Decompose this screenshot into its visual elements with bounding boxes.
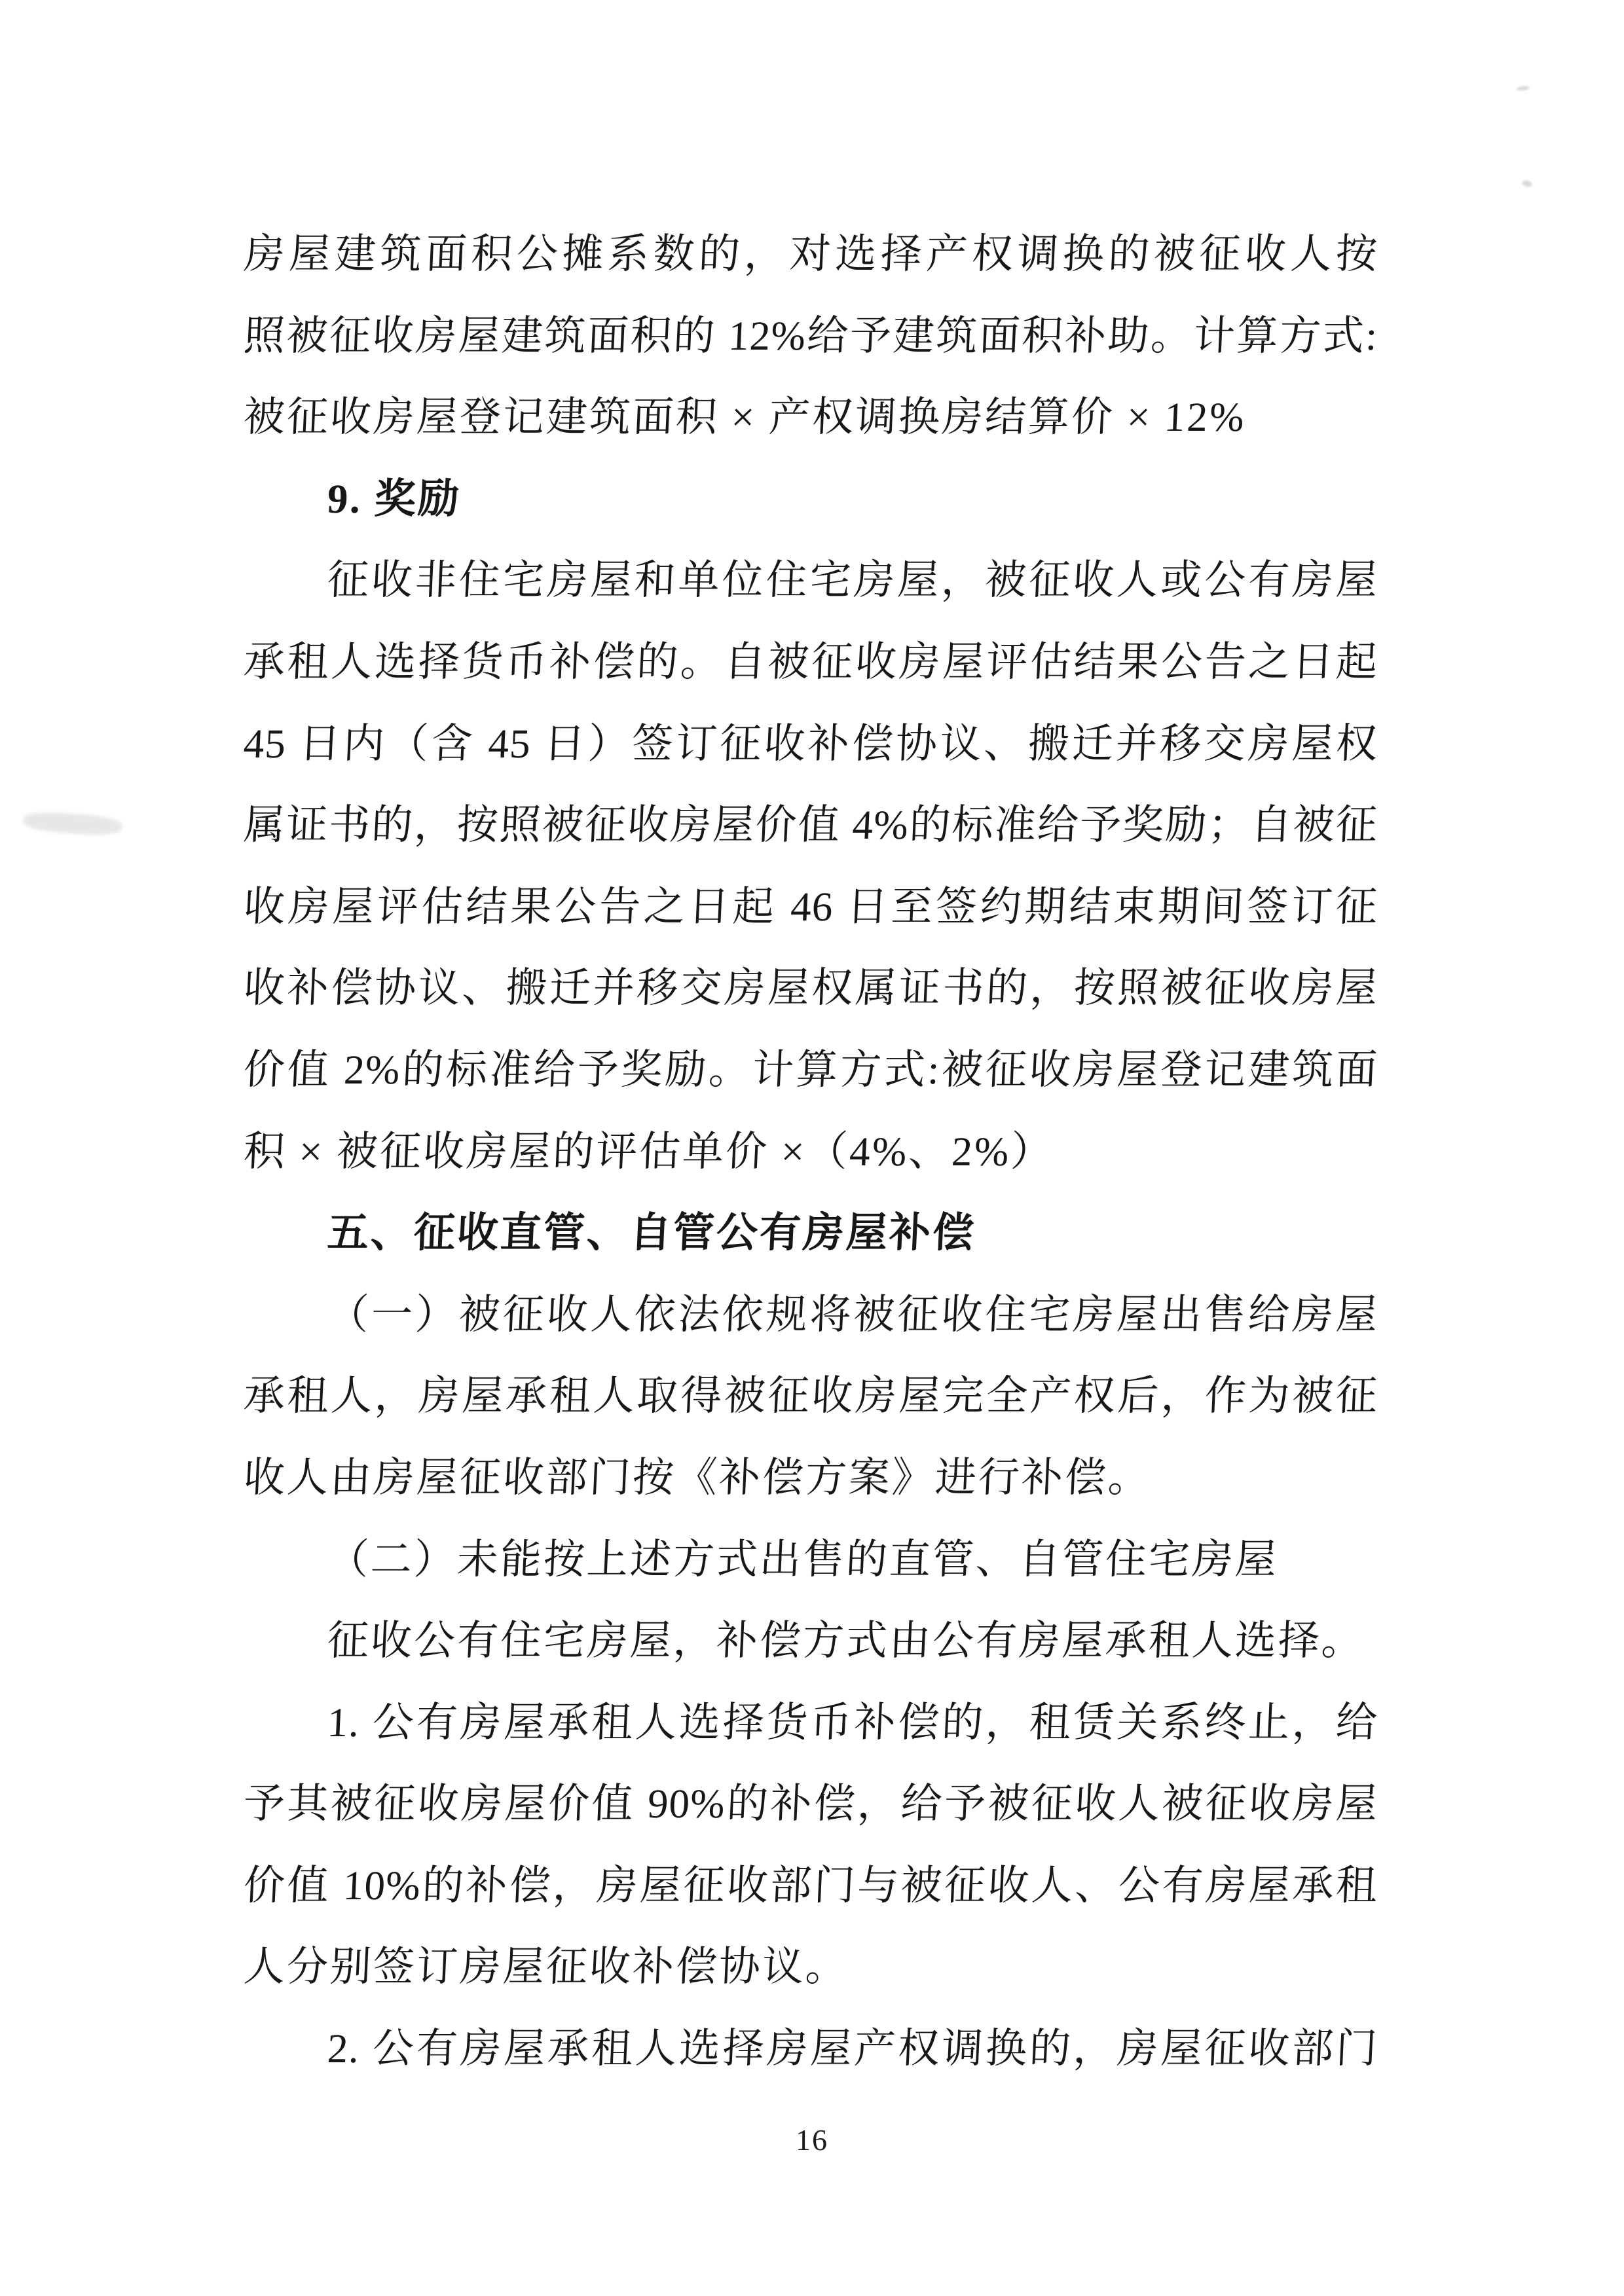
text-line: 1. 公有房屋承租人选择货币补偿的，租赁关系终止，给 xyxy=(242,1682,1380,1764)
text-line: 属证书的，按照被征收房屋价值 4%的标准给予奖励；自被征 xyxy=(242,784,1380,866)
scan-artifact xyxy=(23,811,122,837)
text-line: 价值 2%的标准给予奖励。计算方式:被征收房屋登记建筑面 xyxy=(242,1029,1380,1111)
heading-line: 9. 奖励 xyxy=(242,458,1380,540)
text-line: 承租人选择货币补偿的。自被征收房屋评估结果公告之日起 xyxy=(242,621,1380,703)
text-line: （一）被征收人依法依规将被征收住宅房屋出售给房屋 xyxy=(242,1274,1380,1356)
text-line: 被征收房屋登记建筑面积 × 产权调换房结算价 × 12% xyxy=(242,376,1380,458)
text-line: 照被征收房屋建筑面积的 12%给予建筑面积补助。计算方式: xyxy=(242,295,1380,377)
text-line: 收人由房屋征收部门按《补偿方案》进行补偿。 xyxy=(242,1437,1380,1519)
text-block: 房屋建筑面积公摊系数的，对选择产权调换的被征收人按照被征收房屋建筑面积的 12%… xyxy=(244,213,1378,2090)
text-line: 45 日内（含 45 日）签订征收补偿协议、搬迁并移交房屋权 xyxy=(242,703,1380,785)
text-line: 承租人，房屋承租人取得被征收房屋完全产权后，作为被征 xyxy=(242,1355,1380,1437)
text-line: 予其被征收房屋价值 90%的补偿，给予被征收人被征收房屋 xyxy=(242,1763,1380,1845)
scan-artifact xyxy=(1521,179,1533,188)
text-line: （二）未能按上述方式出售的直管、自管住宅房屋 xyxy=(242,1519,1380,1601)
text-line: 房屋建筑面积公摊系数的，对选择产权调换的被征收人按 xyxy=(242,213,1380,295)
text-line: 征收公有住宅房屋，补偿方式由公有房屋承租人选择。 xyxy=(242,1600,1380,1682)
text-line: 收补偿协议、搬迁并移交房屋权属证书的，按照被征收房屋 xyxy=(242,947,1380,1029)
text-line: 收房屋评估结果公告之日起 46 日至签约期结束期间签订征 xyxy=(242,866,1380,948)
page-number: 16 xyxy=(0,2123,1624,2157)
text-line: 2. 公有房屋承租人选择房屋产权调换的，房屋征收部门 xyxy=(242,2008,1380,2090)
text-line: 积 × 被征收房屋的评估单价 ×（4%、2%） xyxy=(242,1111,1380,1193)
text-line: 征收非住宅房屋和单位住宅房屋，被征收人或公有房屋 xyxy=(242,539,1380,621)
text-line: 人分别签订房屋征收补偿协议。 xyxy=(242,1926,1380,2008)
text-line: 价值 10%的补偿，房屋征收部门与被征收人、公有房屋承租 xyxy=(242,1845,1380,1927)
scan-artifact xyxy=(1517,86,1530,92)
heading-line: 五、征收直管、自管公有房屋补偿 xyxy=(242,1192,1380,1274)
document-page: 房屋建筑面积公摊系数的，对选择产权调换的被征收人按照被征收房屋建筑面积的 12%… xyxy=(0,0,1624,2296)
